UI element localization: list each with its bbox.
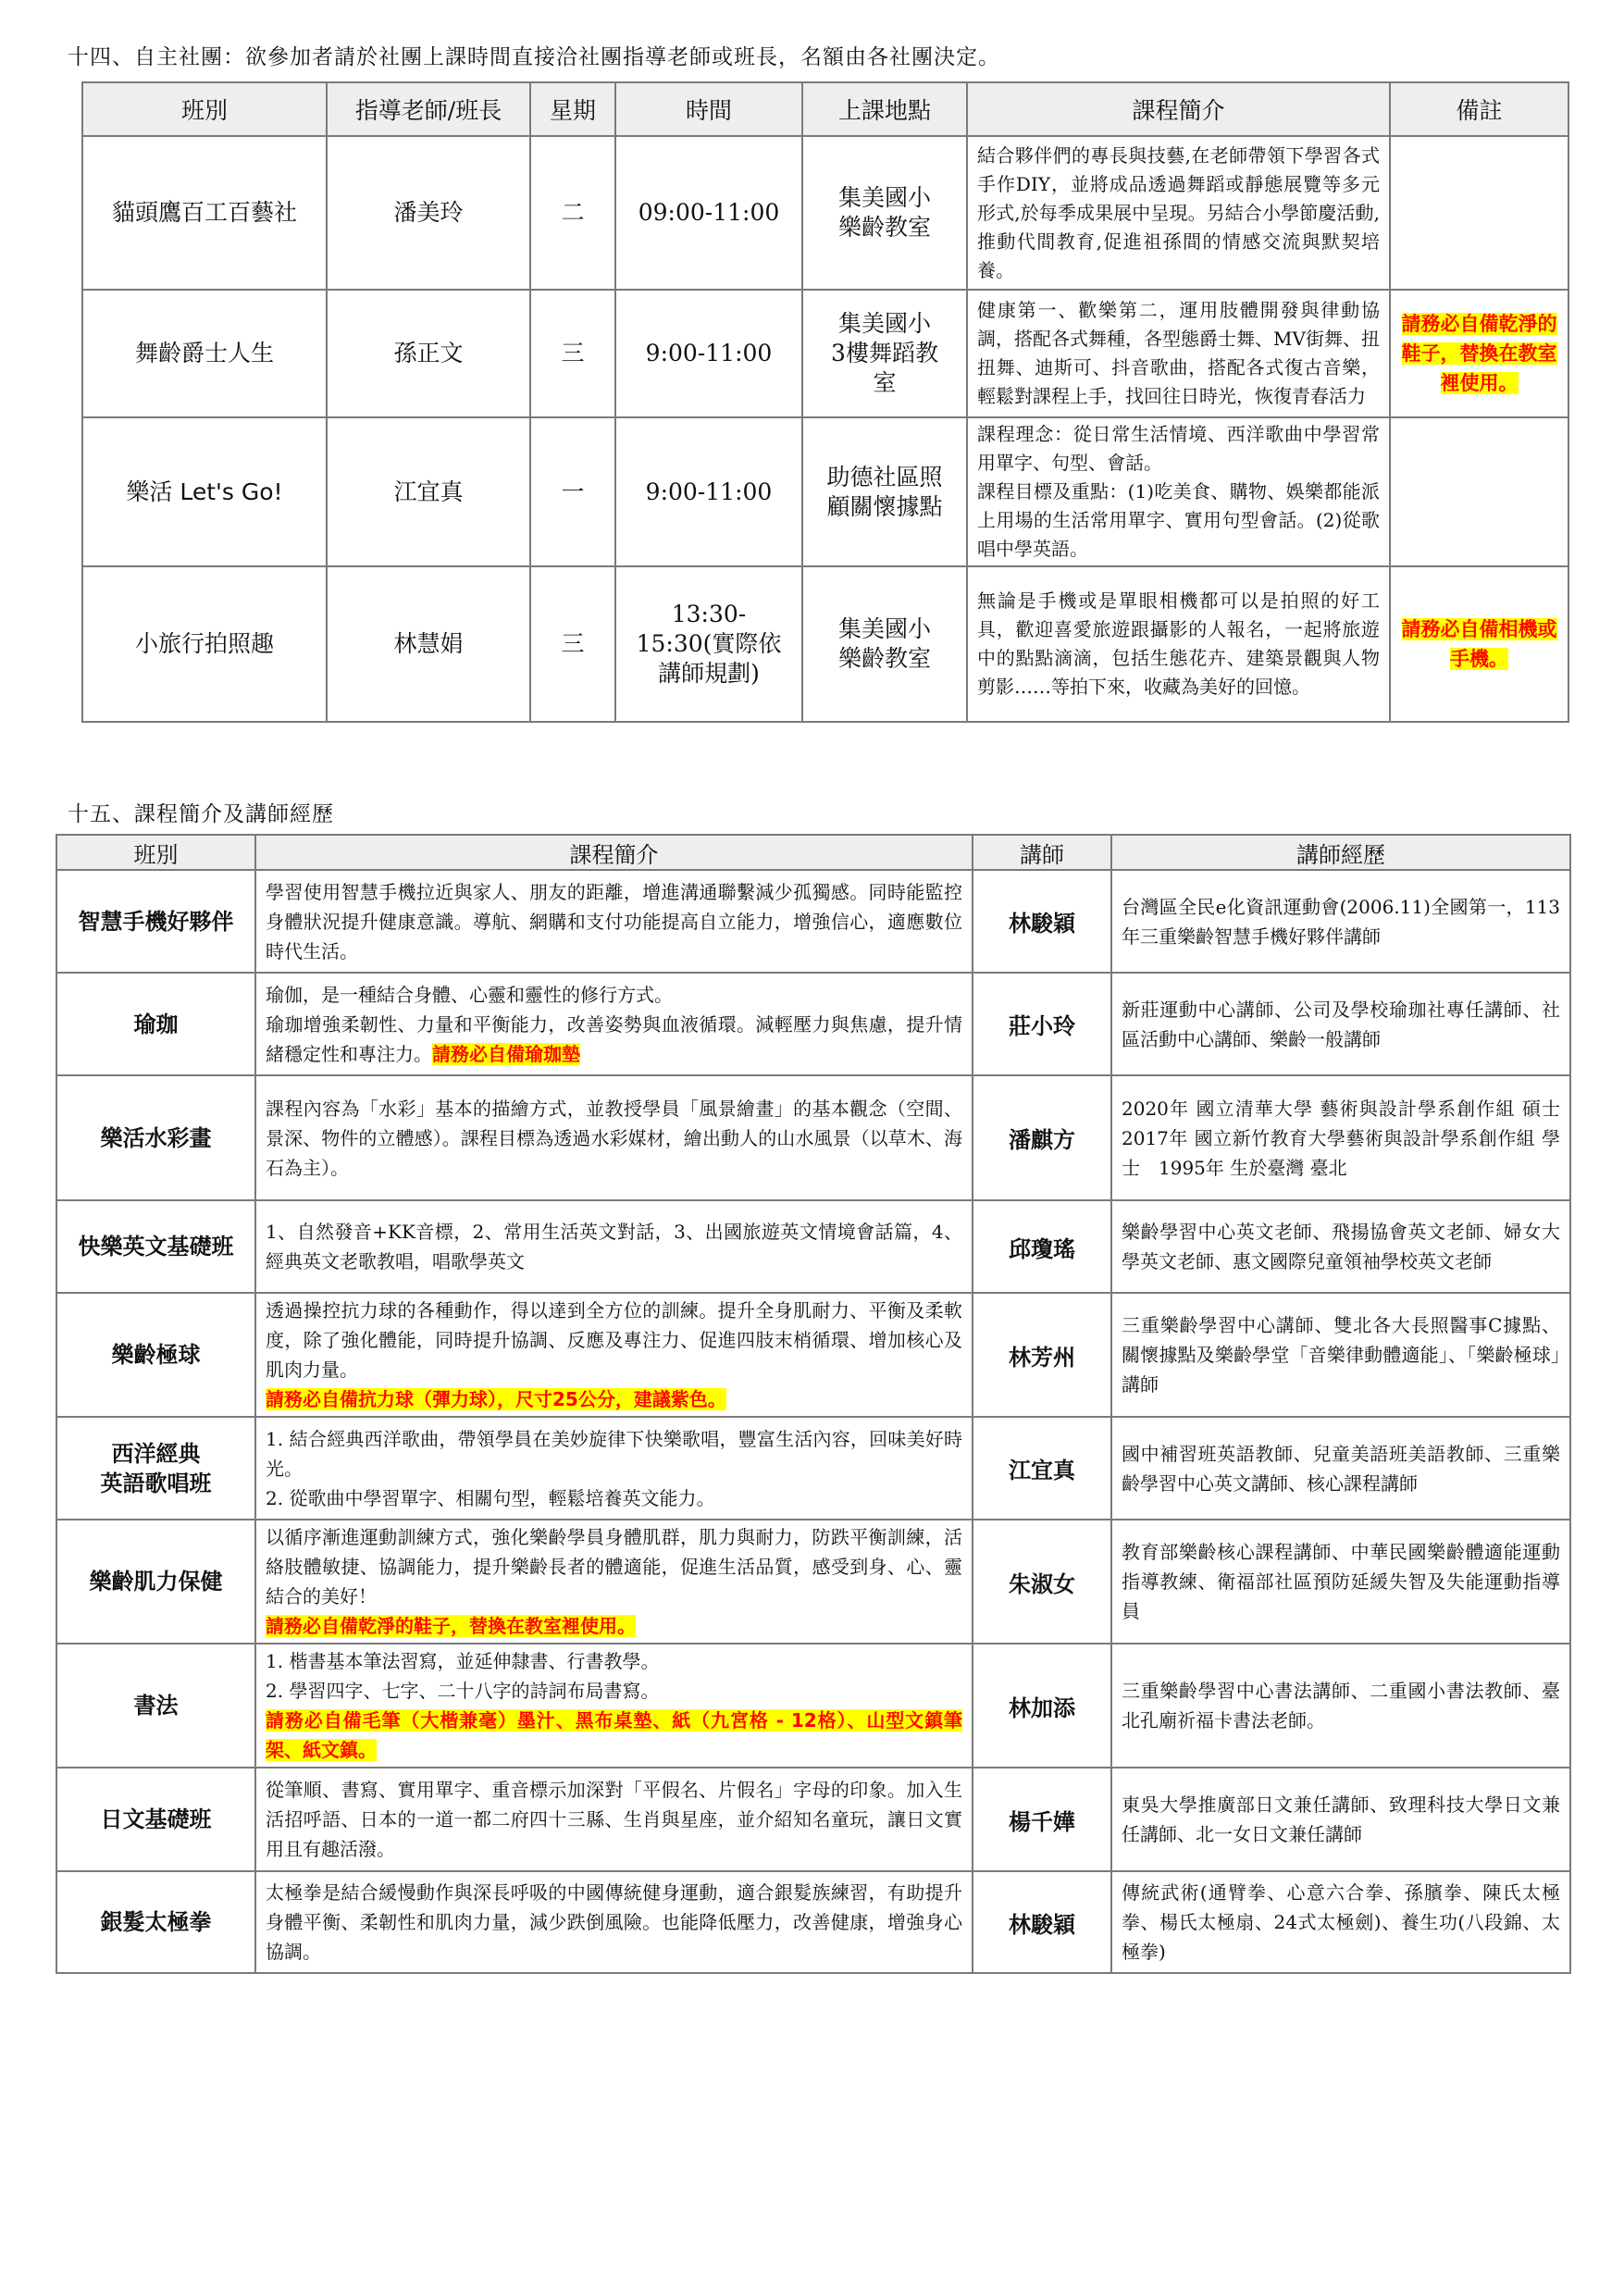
course-row: 西洋經典 英語歌唱班1. 結合經典西洋歌曲，帶領學員在美妙旋律下快樂歌唱，豐富生… [56, 1417, 1570, 1520]
header-teacher: 講師 [973, 835, 1111, 870]
courses-table: 班別 課程簡介 講師 講師經歷 智慧手機好夥伴學習使用智慧手機拉近與家人、朋友的… [56, 834, 1571, 1974]
teacher-experience: 教育部樂齡核心課程講師、中華民國樂齡體適能運動指導教練、衛福部社區預防延緩失智及… [1111, 1520, 1570, 1644]
course-row: 瑜珈瑜伽，是一種結合身體、心靈和靈性的修行方式。 瑜珈增強柔韌性、力量和平衡能力… [56, 973, 1570, 1075]
club-location: 集美國小 3樓舞蹈教 室 [802, 290, 967, 417]
course-name: 樂齡肌力保健 [56, 1520, 255, 1644]
club-day: 三 [530, 290, 615, 417]
teacher-experience: 新莊運動中心講師、公司及學校瑜珈社專任講師、社區活動中心講師、樂齡一般講師 [1111, 973, 1570, 1075]
header-description: 課程簡介 [255, 835, 973, 870]
course-row: 智慧手機好夥伴學習使用智慧手機拉近與家人、朋友的距離，增進溝通聯繫減少孤獨感。同… [56, 870, 1570, 973]
course-description-text: 太極拳是結合緩慢動作與深長呼吸的中國傳統健身運動，適合銀髮族練習，有助提升身體平… [266, 1881, 962, 1963]
club-row: 樂活 Let's Go!江宜真一9:00-11:00助德社區照 顧關懷據點課程理… [82, 417, 1568, 566]
course-row: 樂齡極球透過操控抗力球的各種動作，得以達到全方位的訓練。提升全身肌耐力、平衡及柔… [56, 1293, 1570, 1417]
teacher-experience: 傳統武術(通臂拳、心意六合拳、孫臏拳、陳氏太極拳、楊氏太極扇、24式太極劍)、養… [1111, 1871, 1570, 1973]
course-name: 瑜珈 [56, 973, 255, 1075]
header-teacher: 指導老師/班長 [327, 82, 530, 136]
course-description-text: 以循序漸進運動訓練方式，強化樂齡學員身體肌群，肌力與耐力，防跌平衡訓練，活絡肢體… [266, 1526, 962, 1607]
course-name: 智慧手機好夥伴 [56, 870, 255, 973]
course-description: 1. 結合經典西洋歌曲，帶領學員在美妙旋律下快樂歌唱，豐富生活內容，回味美好時光… [255, 1417, 973, 1520]
club-day: 三 [530, 566, 615, 722]
warning-note: 請務必自備毛筆（大楷兼毫）墨汁、黑布桌墊、紙（九宮格 - 12格）、山型文鎮筆架… [266, 1709, 962, 1761]
warning-note: 請務必自備相機或手機。 [1402, 618, 1557, 670]
club-name: 舞齡爵士人生 [82, 290, 327, 417]
course-description: 1、自然發音+KK音標，2、常用生活英文對話，3、出國旅遊英文情境會話篇，4、經… [255, 1200, 973, 1293]
course-teacher: 楊千嬅 [973, 1768, 1111, 1871]
course-description: 太極拳是結合緩慢動作與深長呼吸的中國傳統健身運動，適合銀髮族練習，有助提升身體平… [255, 1871, 973, 1973]
teacher-experience: 東吳大學推廣部日文兼任講師、致理科技大學日文兼任講師、北一女日文兼任講師 [1111, 1768, 1570, 1871]
course-name: 樂活水彩畫 [56, 1075, 255, 1200]
course-name: 日文基礎班 [56, 1768, 255, 1871]
club-time: 9:00-11:00 [615, 290, 802, 417]
course-name: 書法 [56, 1644, 255, 1768]
club-name: 小旅行拍照趣 [82, 566, 327, 722]
course-name: 快樂英文基礎班 [56, 1200, 255, 1293]
warning-note: 請務必自備瑜珈墊 [432, 1043, 580, 1065]
course-description: 學習使用智慧手機拉近與家人、朋友的距離，增進溝通聯繫減少孤獨感。同時能監控身體狀… [255, 870, 973, 973]
course-name: 樂齡極球 [56, 1293, 255, 1417]
course-description-text: 1. 結合經典西洋歌曲，帶領學員在美妙旋律下快樂歌唱，豐富生活內容，回味美好時光… [266, 1428, 962, 1509]
club-name: 貓頭鷹百工百藝社 [82, 136, 327, 290]
club-time: 09:00-11:00 [615, 136, 802, 290]
club-note [1390, 417, 1568, 566]
course-teacher: 莊小玲 [973, 973, 1111, 1075]
course-description-text: 課程內容為「水彩」基本的描繪方式，並教授學員「風景繪畫」的基本觀念（空間、景深、… [266, 1098, 962, 1179]
section-15-title: 十五、課程簡介及講師經歷 [68, 801, 334, 827]
course-description: 瑜伽，是一種結合身體、心靈和靈性的修行方式。 瑜珈增強柔韌性、力量和平衡能力，改… [255, 973, 973, 1075]
course-teacher: 林加添 [973, 1644, 1111, 1768]
club-teacher: 江宜真 [327, 417, 530, 566]
club-row: 舞齡爵士人生孫正文三9:00-11:00集美國小 3樓舞蹈教 室健康第一、歡樂第… [82, 290, 1568, 417]
course-row: 快樂英文基礎班1、自然發音+KK音標，2、常用生活英文對話，3、出國旅遊英文情境… [56, 1200, 1570, 1293]
club-teacher: 潘美玲 [327, 136, 530, 290]
course-name: 西洋經典 英語歌唱班 [56, 1417, 255, 1520]
section-14-title: 十四、自主社團：欲參加者請於社團上課時間直接洽社團指導老師或班長，名額由各社團決… [68, 44, 1000, 70]
course-description-text: 瑜伽，是一種結合身體、心靈和靈性的修行方式。 瑜珈增強柔韌性、力量和平衡能力，改… [266, 984, 962, 1065]
course-description: 課程內容為「水彩」基本的描繪方式，並教授學員「風景繪畫」的基本觀念（空間、景深、… [255, 1075, 973, 1200]
course-description-text: 學習使用智慧手機拉近與家人、朋友的距離，增進溝通聯繫減少孤獨感。同時能監控身體狀… [266, 881, 962, 962]
teacher-experience: 樂齡學習中心英文老師、飛揚協會英文老師、婦女大學英文老師、惠文國際兒童領袖學校英… [1111, 1200, 1570, 1293]
warning-note: 請務必自備乾淨的鞋子，替換在教室裡使用。 [266, 1615, 636, 1637]
club-row: 小旅行拍照趣林慧娟三13:30- 15:30(實際依 講師規劃)集美國小 樂齡教… [82, 566, 1568, 722]
header-description: 課程簡介 [967, 82, 1390, 136]
course-row: 書法1. 楷書基本筆法習寫，並延伸隸書、行書教學。 2. 學習四字、七字、二十八… [56, 1644, 1570, 1768]
course-teacher: 朱淑女 [973, 1520, 1111, 1644]
course-teacher: 林駿穎 [973, 1871, 1111, 1973]
club-name: 樂活 Let's Go! [82, 417, 327, 566]
header-class: 班別 [82, 82, 327, 136]
course-description-text: 從筆順、書寫、實用單字、重音標示加深對「平假名、片假名」字母的印象。加入生活招呼… [266, 1779, 962, 1860]
course-description: 以循序漸進運動訓練方式，強化樂齡學員身體肌群，肌力與耐力，防跌平衡訓練，活絡肢體… [255, 1520, 973, 1644]
club-teacher: 林慧娟 [327, 566, 530, 722]
course-teacher: 林芳州 [973, 1293, 1111, 1417]
course-description-text: 透過操控抗力球的各種動作，得以達到全方位的訓練。提升全身肌耐力、平衡及柔軟度，除… [266, 1299, 962, 1381]
club-note: 請務必自備乾淨的鞋子，替換在教室裡使用。 [1390, 290, 1568, 417]
warning-note: 請務必自備抗力球（彈力球），尺寸25公分，建議紫色。 [266, 1388, 726, 1410]
course-description: 1. 楷書基本筆法習寫，並延伸隸書、行書教學。 2. 學習四字、七字、二十八字的… [255, 1644, 973, 1768]
header-class: 班別 [56, 835, 255, 870]
teacher-experience: 三重樂齡學習中心書法講師、二重國小書法教師、臺北孔廟祈福卡書法老師。 [1111, 1644, 1570, 1768]
teacher-experience: 國中補習班英語教師、兒童美語班美語教師、三重樂齡學習中心英文講師、核心課程講師 [1111, 1417, 1570, 1520]
header-time: 時間 [615, 82, 802, 136]
course-teacher: 潘麒方 [973, 1075, 1111, 1200]
club-row: 貓頭鷹百工百藝社潘美玲二09:00-11:00集美國小 樂齡教室結合夥伴們的專長… [82, 136, 1568, 290]
courses-table-header: 班別 課程簡介 講師 講師經歷 [56, 835, 1570, 870]
club-day: 一 [530, 417, 615, 566]
club-location: 集美國小 樂齡教室 [802, 566, 967, 722]
club-location: 助德社區照 顧關懷據點 [802, 417, 967, 566]
clubs-table-header: 班別 指導老師/班長 星期 時間 上課地點 課程簡介 備註 [82, 82, 1568, 136]
clubs-table: 班別 指導老師/班長 星期 時間 上課地點 課程簡介 備註 貓頭鷹百工百藝社潘美… [81, 81, 1569, 723]
course-row: 樂齡肌力保健以循序漸進運動訓練方式，強化樂齡學員身體肌群，肌力與耐力，防跌平衡訓… [56, 1520, 1570, 1644]
course-teacher: 邱瓊瑤 [973, 1200, 1111, 1293]
club-note: 請務必自備相機或手機。 [1390, 566, 1568, 722]
club-description: 結合夥伴們的專長與技藝,在老師帶領下學習各式手作DIY，並將成品透過舞蹈或靜態展… [967, 136, 1390, 290]
teacher-experience: 三重樂齡學習中心講師、雙北各大長照醫事C據點、關懷據點及樂齡學堂「音樂律動體適能… [1111, 1293, 1570, 1417]
club-teacher: 孫正文 [327, 290, 530, 417]
club-description: 無論是手機或是單眼相機都可以是拍照的好工具，歡迎喜愛旅遊跟攝影的人報名，一起將旅… [967, 566, 1390, 722]
course-teacher: 江宜真 [973, 1417, 1111, 1520]
header-note: 備註 [1390, 82, 1568, 136]
club-description: 健康第一、歡樂第二，運用肢體開發與律動協調，搭配各式舞種，各型態爵士舞、MV街舞… [967, 290, 1390, 417]
header-location: 上課地點 [802, 82, 967, 136]
course-teacher: 林駿穎 [973, 870, 1111, 973]
club-time: 13:30- 15:30(實際依 講師規劃) [615, 566, 802, 722]
club-description: 課程理念：從日常生活情境、西洋歌曲中學習常用單字、句型、會話。 課程目標及重點：… [967, 417, 1390, 566]
course-description-text: 1. 楷書基本筆法習寫，並延伸隸書、行書教學。 2. 學習四字、七字、二十八字的… [266, 1650, 659, 1702]
club-location: 集美國小 樂齡教室 [802, 136, 967, 290]
club-note [1390, 136, 1568, 290]
course-description: 透過操控抗力球的各種動作，得以達到全方位的訓練。提升全身肌耐力、平衡及柔軟度，除… [255, 1293, 973, 1417]
teacher-experience: 台灣區全民e化資訊運動會(2006.11)全國第一，113年三重樂齡智慧手機好夥… [1111, 870, 1570, 973]
club-time: 9:00-11:00 [615, 417, 802, 566]
warning-note: 請務必自備乾淨的鞋子，替換在教室裡使用。 [1402, 313, 1557, 394]
club-day: 二 [530, 136, 615, 290]
course-row: 樂活水彩畫課程內容為「水彩」基本的描繪方式，並教授學員「風景繪畫」的基本觀念（空… [56, 1075, 1570, 1200]
header-experience: 講師經歷 [1111, 835, 1570, 870]
course-description-text: 1、自然發音+KK音標，2、常用生活英文對話，3、出國旅遊英文情境會話篇，4、經… [266, 1221, 962, 1272]
header-day: 星期 [530, 82, 615, 136]
course-row: 日文基礎班從筆順、書寫、實用單字、重音標示加深對「平假名、片假名」字母的印象。加… [56, 1768, 1570, 1871]
teacher-experience: 2020年 國立清華大學 藝術與設計學系創作組 碩士 2017年 國立新竹教育大… [1111, 1075, 1570, 1200]
course-name: 銀髮太極拳 [56, 1871, 255, 1973]
course-row: 銀髮太極拳太極拳是結合緩慢動作與深長呼吸的中國傳統健身運動，適合銀髮族練習，有助… [56, 1871, 1570, 1973]
course-description: 從筆順、書寫、實用單字、重音標示加深對「平假名、片假名」字母的印象。加入生活招呼… [255, 1768, 973, 1871]
